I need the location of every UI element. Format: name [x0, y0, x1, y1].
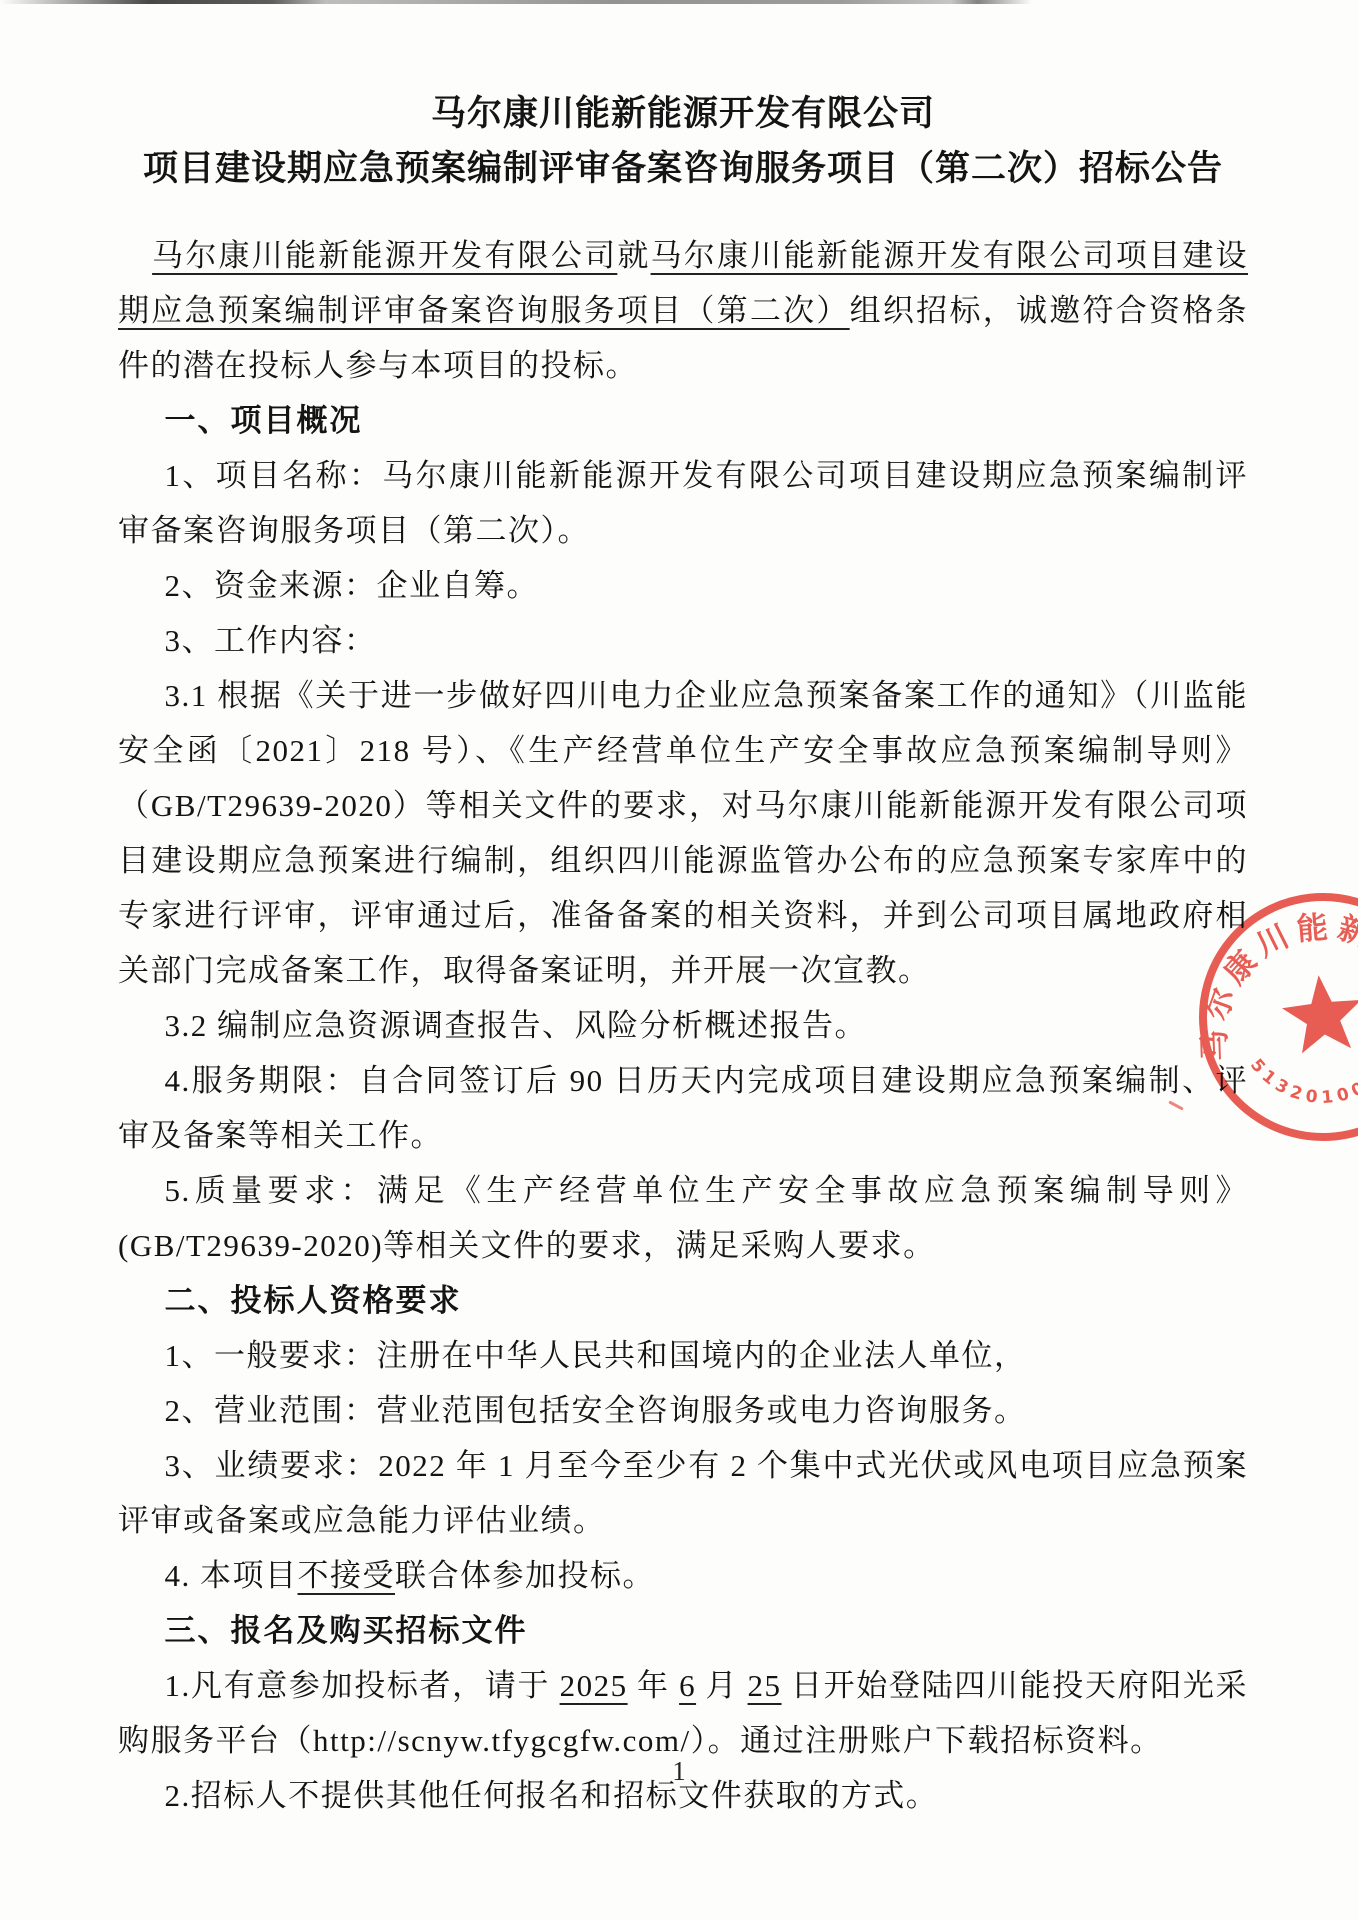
no-consortium-suffix: 联合体参加投标。: [395, 1558, 655, 1593]
document-page: 马尔康川能新能源开发有限公司 项目建设期应急预案编制评审备案咨询服务项目（第二次…: [0, 0, 1358, 1920]
section1-item-quality-requirement: 5.质量要求：满足《生产经营单位生产安全事故应急预案编制导则》(GB/T2963…: [118, 1163, 1248, 1273]
section2-item-performance-requirement: 3、业绩要求：2022 年 1 月至今至少有 2 个集中式光伏或风电项目应急预案…: [118, 1438, 1248, 1548]
section1-item-work-content-3-2: 3.2 编制应急资源调查报告、风险分析概述报告。: [118, 998, 1248, 1053]
title-body-gap: [118, 196, 1248, 228]
registration-year-label: 年: [628, 1668, 679, 1703]
document-content: 马尔康川能新能源开发有限公司 项目建设期应急预案编制评审备案咨询服务项目（第二次…: [118, 86, 1248, 1823]
section1-item-service-period: 4.服务期限：自合同签订后 90 日历天内完成项目建设期应急预案编制、评审及备案…: [118, 1053, 1248, 1163]
section3-heading: 三、报名及购买招标文件: [118, 1603, 1248, 1658]
doc-title-line1: 马尔康川能新能源开发有限公司: [118, 86, 1248, 141]
intro-paragraph: 马尔康川能新能源开发有限公司就马尔康川能新能源开发有限公司项目建设期应急预案编制…: [118, 228, 1248, 393]
no-consortium-emphasis: 不接受: [298, 1558, 396, 1593]
registration-month: 6: [679, 1668, 696, 1703]
scan-artifact-top-edge: [0, 0, 1358, 7]
section1-item-project-name: 1、项目名称：马尔康川能新能源开发有限公司项目建设期应急预案编制评审备案咨询服务…: [118, 448, 1248, 558]
section1-item-funding-source: 2、资金来源：企业自筹。: [118, 558, 1248, 613]
registration-prefix: 1.凡有意参加投标者，请于: [165, 1668, 560, 1703]
section2-heading: 二、投标人资格要求: [118, 1273, 1248, 1328]
company-seal-stamp: 马尔康川能新能源 5132010019: [1168, 862, 1358, 1172]
doc-title-line2: 项目建设期应急预案编制评审备案咨询服务项目（第二次）招标公告: [118, 141, 1248, 196]
intro-connector: 就: [617, 238, 650, 273]
section1-item-work-content-3-1: 3.1 根据《关于进一步做好四川电力企业应急预案备案工作的通知》（川监能安全函〔…: [118, 668, 1248, 998]
registration-year: 2025: [560, 1668, 628, 1703]
section2-item-no-consortium: 4. 本项目不接受联合体参加投标。: [118, 1548, 1248, 1603]
page-number: 1: [0, 1756, 1358, 1787]
registration-month-label: 月: [696, 1668, 747, 1703]
intro-tenderer-name: 马尔康川能新能源开发有限公司: [152, 238, 617, 273]
section2-item-business-scope: 2、营业范围：营业范围包括安全咨询服务或电力咨询服务。: [118, 1383, 1248, 1438]
registration-day: 25: [748, 1668, 782, 1703]
no-consortium-prefix: 4. 本项目: [165, 1558, 298, 1593]
section1-item-work-content: 3、工作内容：: [118, 613, 1248, 668]
seal-star-icon: [1279, 971, 1358, 1055]
section2-item-general-requirement: 1、一般要求：注册在中华人民共和国境内的企业法人单位，: [118, 1328, 1248, 1383]
section3-item-registration: 1.凡有意参加投标者，请于 2025 年 6 月 25 日开始登陆四川能投天府阳…: [118, 1658, 1248, 1768]
seal-number: 5132010019: [1245, 1041, 1358, 1116]
section1-heading: 一、项目概况: [118, 393, 1248, 448]
